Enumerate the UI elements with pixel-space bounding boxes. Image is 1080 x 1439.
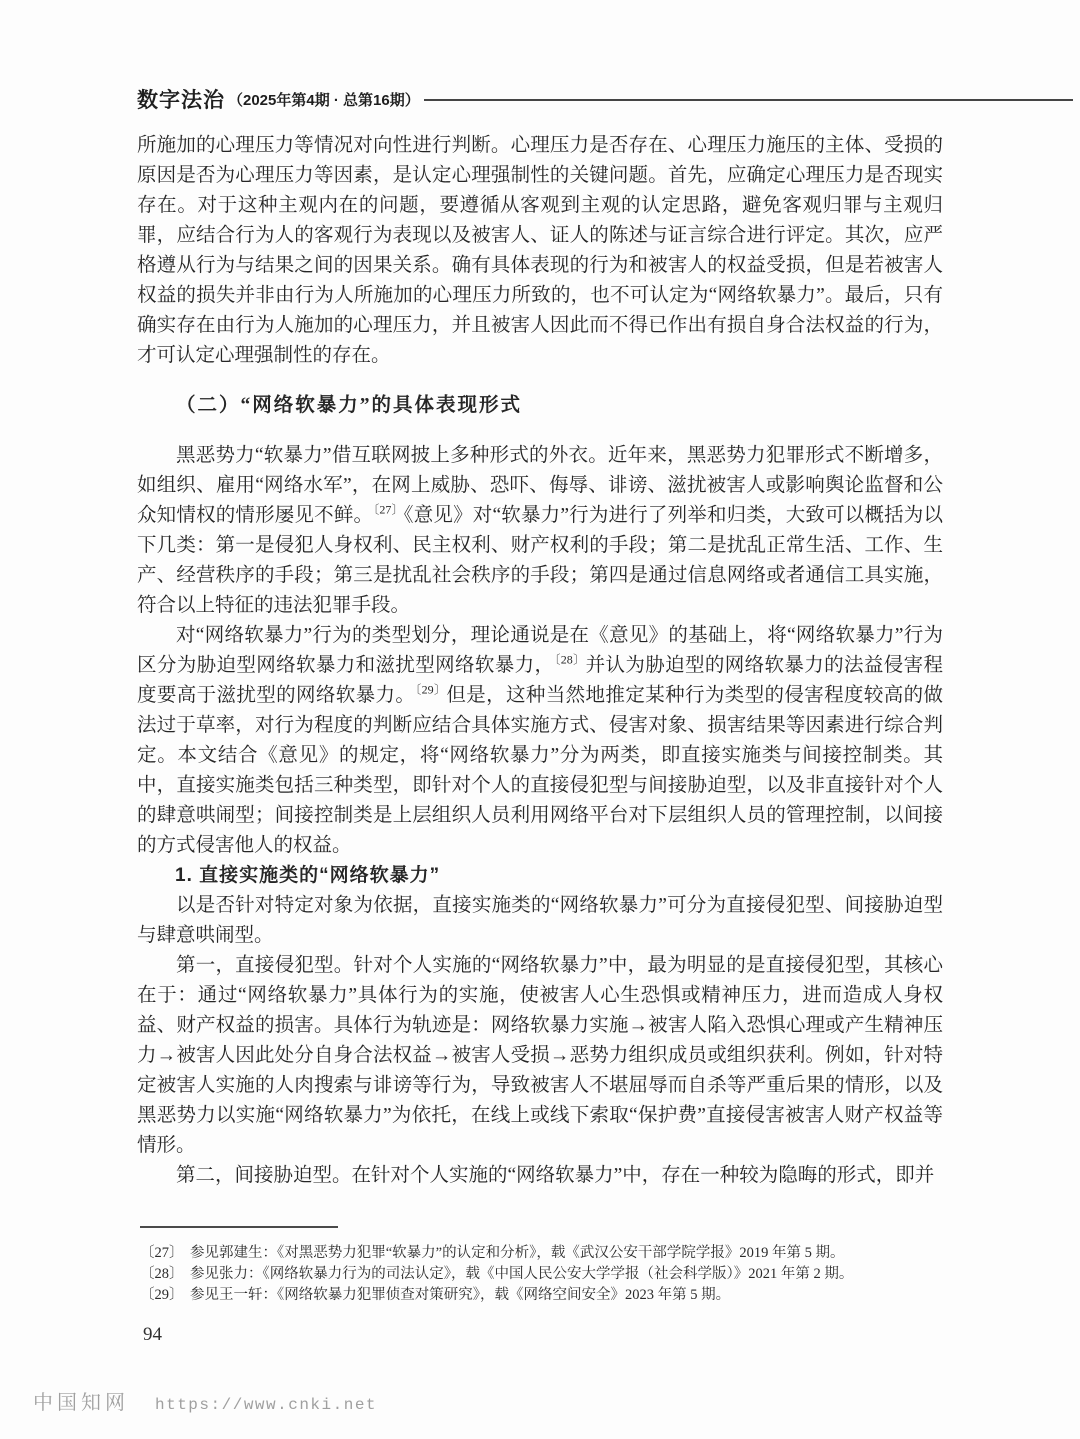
page-number: 94	[143, 1324, 162, 1346]
cnki-url-text: https://www.cnki.net	[155, 1396, 377, 1414]
paragraph: 黑恶势力“软暴力”借互联网披上多种形式的外衣。近年来，黑恶势力犯罪形式不断增多，…	[137, 441, 943, 621]
footnote-ref-28: 〔28〕	[554, 653, 585, 667]
footnotes: 〔27〕 参见郭建生：《对黑恶势力犯罪“软暴力”的认定和分析》，载《武汉公安干部…	[140, 1243, 970, 1306]
paragraph-continuation: 所施加的心理压力等情况对向性进行判断。心理压力是否存在、心理压力施压的主体、受损…	[137, 131, 943, 371]
footnote-separator	[140, 1226, 338, 1228]
journal-title: 数字法治	[137, 84, 225, 114]
paragraph: 对“网络软暴力”行为的类型划分，理论通说是在《意见》的基础上，将“网络软暴力”行…	[137, 621, 943, 861]
cnki-brand-text: 中国知网	[33, 1386, 129, 1415]
header-rule	[424, 99, 1073, 101]
section-heading: （二）“网络软暴力”的具体表现形式	[137, 391, 943, 421]
footnote-marker: 〔29〕	[140, 1285, 190, 1306]
footnote-text: 参见郭建生：《对黑恶势力犯罪“软暴力”的认定和分析》，载《武汉公安干部学院学报》…	[190, 1243, 970, 1264]
footnote-ref-27: 〔27〕	[373, 503, 404, 517]
footnote-ref-29: 〔29〕	[415, 683, 446, 697]
article-body: 所施加的心理压力等情况对向性进行判断。心理压力是否存在、心理压力施压的主体、受损…	[137, 131, 943, 1221]
footnote-item: 〔28〕 参见张力：《网络软暴力行为的司法认定》，载《中国人民公安大学学报（社会…	[140, 1264, 970, 1285]
paragraph-text: 但是，这种当然地推定某种行为类型的侵害程度较高的做法过于草率，对行为程度的判断应…	[137, 685, 943, 856]
paragraph: 以是否针对特定对象为依据，直接实施类的“网络软暴力”可分为直接侵犯型、间接胁迫型…	[137, 891, 943, 951]
paragraph: 第一，直接侵犯型。针对个人实施的“网络软暴力”中，最为明显的是直接侵犯型，其核心…	[137, 951, 943, 1161]
journal-page: 数字法治 （2025年第4期 · 总第16期） 所施加的心理压力等情况对向性进行…	[0, 0, 1080, 1439]
footnote-item: 〔29〕 参见王一轩：《网络软暴力犯罪侦查对策研究》，载《网络空间安全》2023…	[140, 1285, 970, 1306]
paragraph: 第二，间接胁迫型。在针对个人实施的“网络软暴力”中，存在一种较为隐晦的形式，即并	[137, 1161, 943, 1191]
footnote-text: 参见王一轩：《网络软暴力犯罪侦查对策研究》，载《网络空间安全》2023 年第 5…	[190, 1285, 970, 1306]
page-header: 数字法治 （2025年第4期 · 总第16期）	[137, 84, 1073, 114]
footnote-marker: 〔28〕	[140, 1264, 190, 1285]
subsection-heading: 1. 直接实施类的“网络软暴力”	[137, 861, 943, 891]
footnote-item: 〔27〕 参见郭建生：《对黑恶势力犯罪“软暴力”的认定和分析》，载《武汉公安干部…	[140, 1243, 970, 1264]
issue-info: （2025年第4期 · 总第16期）	[228, 89, 420, 110]
footnote-text: 参见张力：《网络软暴力行为的司法认定》，载《中国人民公安大学学报（社会科学版）》…	[190, 1264, 970, 1285]
footnote-marker: 〔27〕	[140, 1243, 190, 1264]
cnki-watermark: 中国知网 https://www.cnki.net	[33, 1386, 377, 1415]
